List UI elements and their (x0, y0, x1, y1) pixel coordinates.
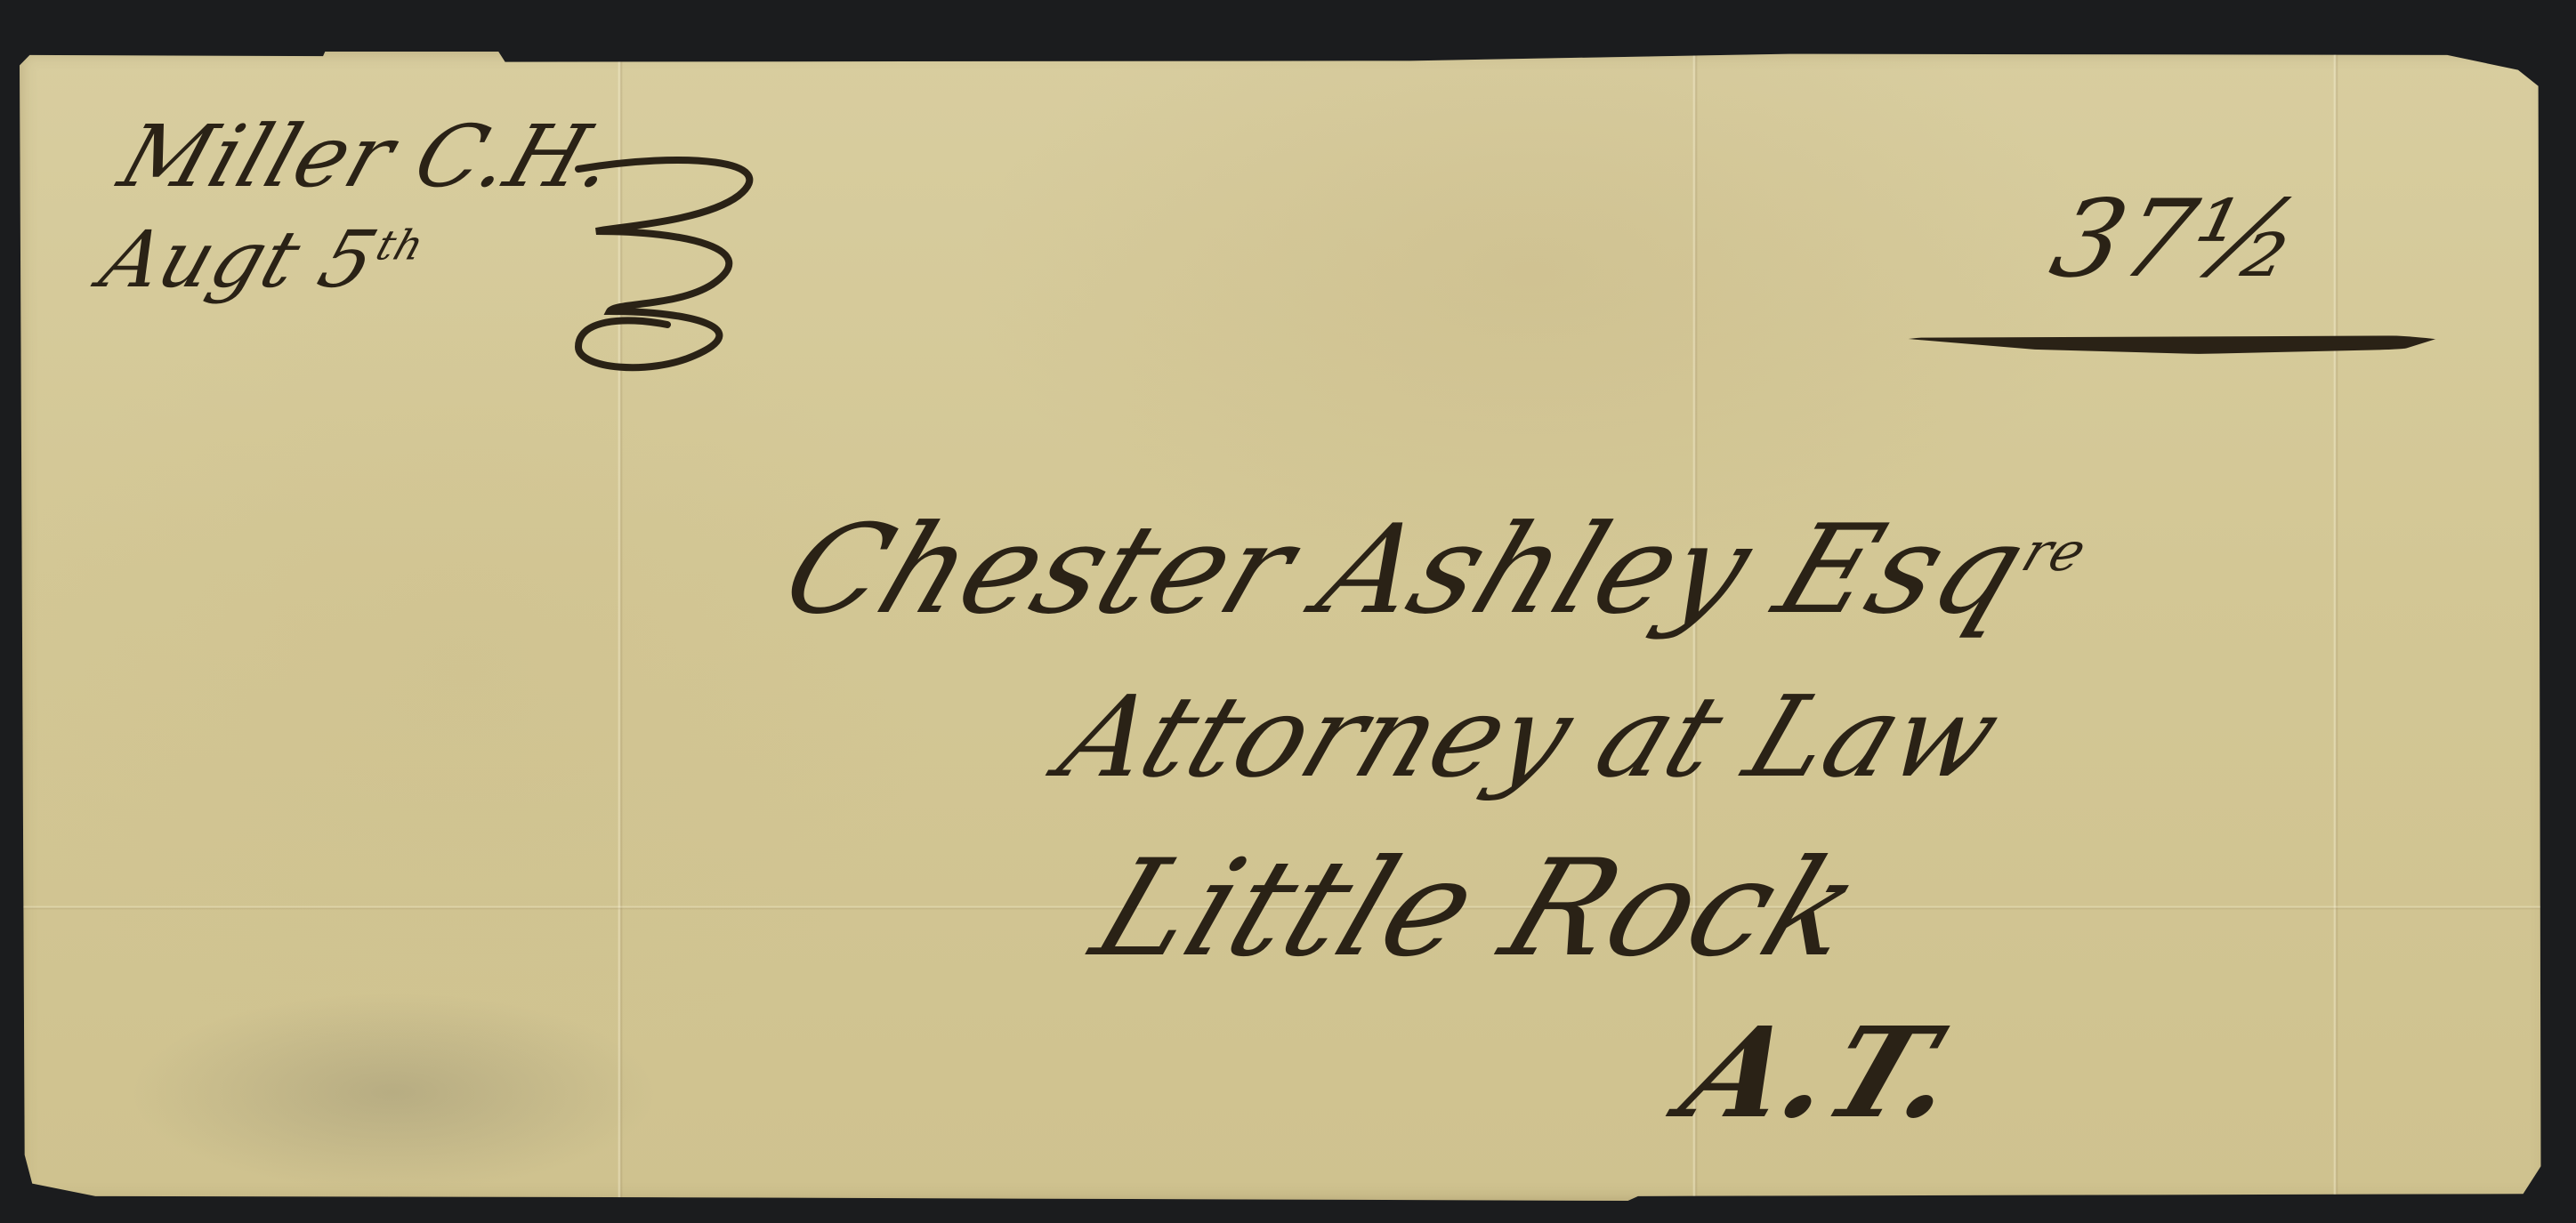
addressee-name: Chester Ashley Esqre (766, 498, 2104, 641)
postmark-town: Miller C.H. (109, 107, 630, 206)
addressee-name-text: Chester Ashley (766, 498, 1772, 641)
postage-rate: 37½ (2040, 178, 2314, 302)
fold-crease (2333, 52, 2338, 1201)
pen-flourish-icon (561, 142, 792, 409)
addressee-honorific: Esq (1759, 498, 2046, 641)
addressee-territory: A.T. (1664, 1001, 1981, 1147)
addressee-city: Little Rock (1075, 832, 1880, 986)
scan-background: Miller C.H. Augt 5th 37½ Chester Ashley … (0, 0, 2576, 1223)
addressee-title: Attorney at Law (1044, 672, 2017, 802)
postmark-month: Augt (90, 213, 311, 305)
postmark-date: Augt 5th (90, 213, 432, 305)
